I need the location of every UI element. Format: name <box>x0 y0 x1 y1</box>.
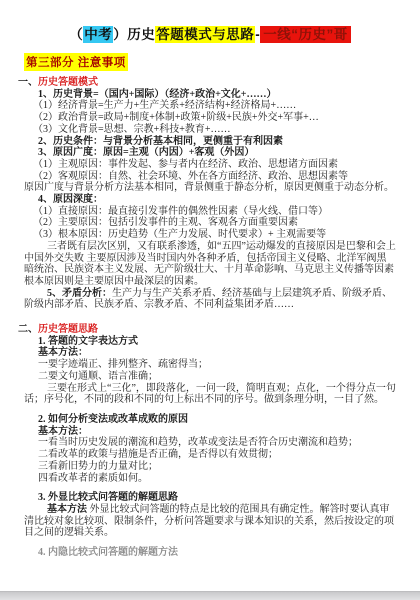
section-title: 历史答题模式 <box>38 77 98 88</box>
section-heading: 二、历史答题思路 <box>18 324 396 336</box>
doc-line: 基本方法 外显比较式问答题的特点是比较的范围具有确定性。解答时要认真审清比较对象… <box>24 504 396 539</box>
spacer <box>24 406 396 414</box>
doc-line: 5、矛盾分析：生产力与生产关系矛盾、经济基础与上层建筑矛盾、阶级矛盾、阶级内部矛… <box>24 288 396 311</box>
doc-line: 1、历史背景=（国内+国际）（经济+政治+文化+……） <box>38 89 396 101</box>
doc-line: 3、原因广度：原因=主观（内因）+客观（外因） <box>38 147 396 159</box>
line-bold-head: 基本方法 <box>47 504 87 515</box>
doc-line: （1）主观原因：事件发起、参与者内在经济、政治、思想诸方面因素 <box>33 159 396 171</box>
page-title: （中考）历史答题模式与思路-一线“历史”哥 <box>0 26 420 43</box>
doc-line: 4、原因深度： <box>38 194 396 206</box>
doc-line: 3. 外显比较式问答题的解题思路 <box>38 492 396 504</box>
doc-line: （1）经济背景=生产力+生产关系+经济结构+经济格局+…… <box>33 100 396 112</box>
document-page: （中考）历史答题模式与思路-一线“历史”哥 第三部分 注意事项 一、历史答题模式… <box>0 0 420 600</box>
title-highlight-cyan: 中考 <box>83 26 113 43</box>
title-plain: （ <box>69 27 83 42</box>
doc-line: 1. 答题的文字表达方式 <box>38 336 396 348</box>
line-bold-head: 5、矛盾分析： <box>47 288 112 299</box>
spacer <box>24 539 396 547</box>
doc-line: 原因广度与背景分析方法基本相同，背景侧重于静态分析，原因更侧重于动态分析。 <box>24 182 396 194</box>
section-number: 一、 <box>18 77 38 88</box>
doc-line: （3）文化背景=思想、宗教+科技+教育+…… <box>33 124 396 136</box>
doc-line: 4. 内隐比较式问答题的解题方法 <box>38 547 396 559</box>
title-plain: ）历史 <box>113 27 155 42</box>
section-number: 二、 <box>18 324 38 335</box>
doc-line: （2）客观原因：自然、社会环境、外在各方面经济、政治、思想因素等 <box>33 171 396 183</box>
doc-line: 2、历史条件：与背景分析基本相同，更侧重于有利因素 <box>38 136 396 148</box>
part-header: 第三部分 注意事项 <box>24 53 128 71</box>
part-header-row: 第三部分 注意事项 <box>24 53 420 71</box>
doc-line: 二看改革的政策与措施是否正确，是否得以有效贯彻； <box>38 449 396 461</box>
doc-line: 2. 如何分析变法或改革成败的原因 <box>38 414 396 426</box>
doc-line: 三要在形式上“三化”，即段落化，一问一段，简明直观；点化，一个得分点一句话；序号… <box>24 383 396 406</box>
doc-line: （2）政治背景=政局+制度+体制+政策+阶级+民族+外交+军事+… <box>33 112 396 124</box>
doc-line: （1）直接原因：最直接引发事件的偶然性因素（导火线、借口等） <box>33 206 396 218</box>
doc-line: 基本方法： <box>38 347 396 359</box>
doc-line: 基本方法： <box>38 426 396 438</box>
doc-line: （3）根本原因：历史趋势（生产力发展、时代要求）+ 主观需要等 <box>33 229 396 241</box>
title-highlight-yellow: 答题模式与思路 <box>155 26 255 43</box>
section-heading: 一、历史答题模式 <box>18 77 396 89</box>
spacer <box>24 311 396 324</box>
doc-line: 三者既有层次区别，又有联系渗透，如“五四”运动爆发的直接原因是巴黎和会上中国外交… <box>24 241 396 288</box>
title-highlight-red: 一线“历史”哥 <box>260 26 351 43</box>
doc-line: 四看改革者的素质如何。 <box>38 473 396 485</box>
doc-line: 一要字迹端正、排列整齐、疏密得当； <box>38 359 396 371</box>
doc-line: 一看当时历史发展的潮流和趋势，改革或变法是否符合历史潮流和趋势； <box>38 437 396 449</box>
doc-line: 三看新旧势力的力量对比； <box>38 461 396 473</box>
spacer <box>24 484 396 492</box>
page-bottom-edge <box>0 591 420 600</box>
doc-line: （2）主要原因：包括引发事件的主观、客观各方面重要因素 <box>33 217 396 229</box>
doc-content: 一、历史答题模式1、历史背景=（国内+国际）（经济+政治+文化+……）（1）经济… <box>0 77 420 559</box>
doc-line: 二要文句通顺、语言准确； <box>38 371 396 383</box>
section-title: 历史答题思路 <box>38 324 98 335</box>
